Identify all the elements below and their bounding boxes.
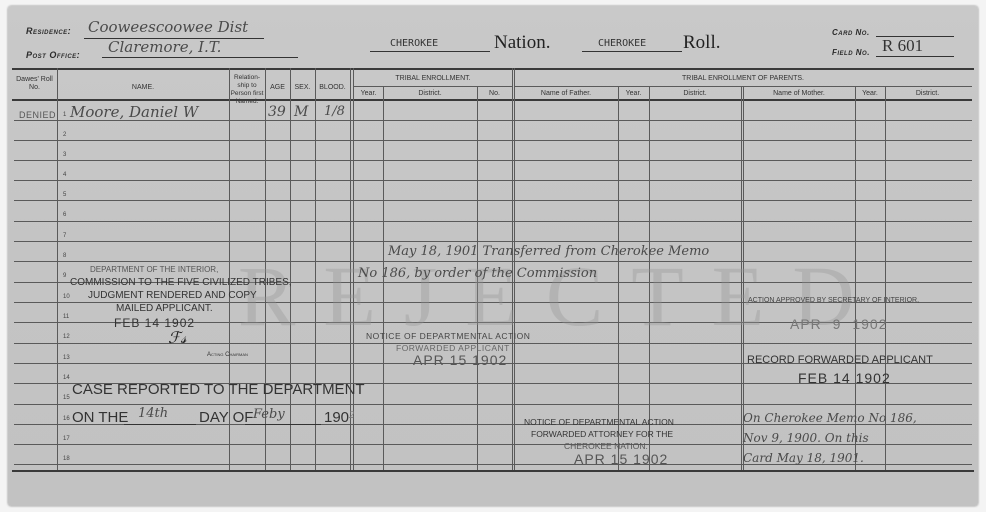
record-forwarded-label: RECORD FORWARDED APPLICANT: [747, 354, 933, 366]
col-mother-district: District.: [885, 90, 970, 98]
month-underline: [245, 424, 321, 425]
col-dawes-roll-no: Dawes' Roll No.: [12, 76, 57, 92]
roll-prefix: CHEROKEE: [598, 38, 646, 49]
enrollment-card: Residence: Cooweescoowee Dist Post Offic…: [8, 6, 978, 506]
col-mother-name: Name of Mother.: [743, 90, 855, 98]
row-number: 6: [63, 212, 66, 218]
row-number: 7: [63, 233, 66, 239]
field-no-value: R 601: [882, 36, 923, 56]
commission-stamp-line3: JUDGMENT RENDERED AND COPY: [88, 290, 257, 301]
record-forwarded-date: FEB 14 1902: [798, 370, 891, 386]
commission-stamp-signer-title: Acting Chairman: [207, 352, 248, 358]
memo-note-line1: On Cherokee Memo No 186,: [743, 411, 917, 425]
col-father-year: Year.: [618, 90, 649, 98]
nation-underline: [370, 51, 490, 52]
col-name: NAME.: [57, 84, 229, 92]
table-top-border: [12, 68, 974, 70]
notice-attorney-date: APR 15 1902: [574, 451, 668, 467]
col-father-name: Name of Father.: [514, 90, 618, 98]
row-number: 1: [63, 112, 66, 118]
row-line: [14, 241, 972, 242]
row-number: 10: [63, 294, 70, 300]
row-line: [14, 160, 972, 161]
post-office-label: Post Office:: [26, 50, 80, 60]
col-age: AGE: [265, 84, 290, 92]
col-sex: SEX.: [290, 84, 315, 92]
row-number: 8: [63, 253, 66, 259]
transfer-note-line1: May 18, 1901 Transferred from Cherokee M…: [388, 244, 709, 259]
dawes-status-denied: DENIED: [19, 110, 56, 120]
row-number: 4: [63, 172, 66, 178]
commission-stamp-line1: DEPARTMENT OF THE INTERIOR,: [90, 265, 218, 274]
case-reported-day: 14th: [138, 406, 168, 421]
case-reported-on-the: ON THE: [72, 409, 128, 426]
notice-applicant-line1: NOTICE OF DEPARTMENTAL ACTION: [366, 331, 530, 341]
case-reported-year-suffix: 2: [349, 411, 355, 421]
memo-note-line3: Card May 18, 1901.: [743, 451, 864, 465]
te-subheader-line: [354, 86, 512, 87]
post-office-value: Claremore, I.T.: [108, 38, 221, 56]
case-reported-month: Feby: [253, 407, 285, 422]
row-line: [14, 200, 972, 201]
transfer-note-line2: No 186, by order of the Commission: [358, 266, 597, 281]
row-number: 9: [63, 273, 66, 279]
applicant-name: Moore, Daniel W: [70, 103, 198, 121]
roll-title: Roll.: [683, 32, 720, 54]
case-reported-line1: CASE REPORTED TO THE DEPARTMENT: [72, 381, 365, 398]
col-te-no: No.: [477, 90, 512, 98]
roll-underline: [582, 51, 682, 52]
col-father-district: District.: [649, 90, 741, 98]
row-number: 14: [63, 375, 70, 381]
notice-applicant-date: APR 15 1902: [413, 352, 507, 368]
post-office-underline: [102, 57, 298, 58]
field-no-label: Field No.: [832, 48, 870, 57]
card-no-label: Card No.: [832, 28, 870, 37]
row-line: [14, 140, 972, 141]
residence-value: Cooweescoowee Dist: [88, 18, 248, 36]
applicant-blood: 1/8: [324, 104, 345, 119]
col-divider: [57, 68, 58, 470]
commission-stamp-line4: MAILED APPLICANT.: [116, 303, 213, 314]
row-line: [14, 221, 972, 222]
row-number: 18: [63, 456, 70, 462]
notice-attorney-line1: NOTICE OF DEPARTMENTAL ACTION: [524, 417, 674, 427]
nation-prefix: CHEROKEE: [390, 38, 438, 49]
row-number: 11: [63, 314, 69, 320]
row-number: 13: [63, 355, 70, 361]
header-bottom-border: [12, 99, 972, 101]
memo-note-line2: Nov 9, 1900. On this: [743, 431, 869, 445]
applicant-age: 39: [268, 104, 286, 120]
chairman-signature-icon: ℱ𝓈: [168, 328, 186, 348]
row-number: 12: [63, 334, 70, 340]
day-underline: [124, 424, 196, 425]
table-bottom-border: [12, 470, 974, 472]
col-te-year: Year.: [354, 90, 383, 98]
notice-attorney-line2: FORWARDED ATTORNEY FOR THE: [531, 429, 673, 439]
col-mother-year: Year.: [855, 90, 885, 98]
col-parents-group: TRIBAL ENROLLMENT OF PARENTS.: [514, 75, 972, 83]
col-tribal-enrollment: TRIBAL ENROLLMENT.: [354, 75, 512, 83]
col-blood: BLOOD.: [315, 84, 350, 92]
residence-label: Residence:: [26, 26, 71, 36]
col-te-district: District.: [383, 90, 477, 98]
case-reported-year-prefix: 190: [324, 409, 349, 426]
applicant-sex: M: [294, 104, 308, 120]
row-number: 2: [63, 132, 66, 138]
row-line: [14, 180, 972, 181]
commission-stamp-line2: COMMISSION TO THE FIVE CIVILIZED TRIBES,: [70, 277, 292, 288]
row-line: [14, 404, 972, 405]
row-number: 17: [63, 436, 70, 442]
action-approved-label: ACTION APPROVED BY SECRETARY OF INTERIOR…: [748, 297, 919, 304]
row-number: 3: [63, 152, 66, 158]
rejected-watermark: REJECTED: [238, 246, 882, 346]
col-relationship: Relation-ship to Person first Named.: [229, 74, 265, 106]
nation-title: Nation.: [494, 32, 550, 54]
action-approved-date: APR 9 1902: [790, 316, 888, 332]
row-number: 5: [63, 192, 66, 198]
notice-attorney-line3: CHEROKEE NATION.: [564, 441, 648, 451]
field-no-underline: [876, 56, 954, 57]
row-number: 16: [63, 416, 70, 422]
row-number: 15: [63, 395, 70, 401]
